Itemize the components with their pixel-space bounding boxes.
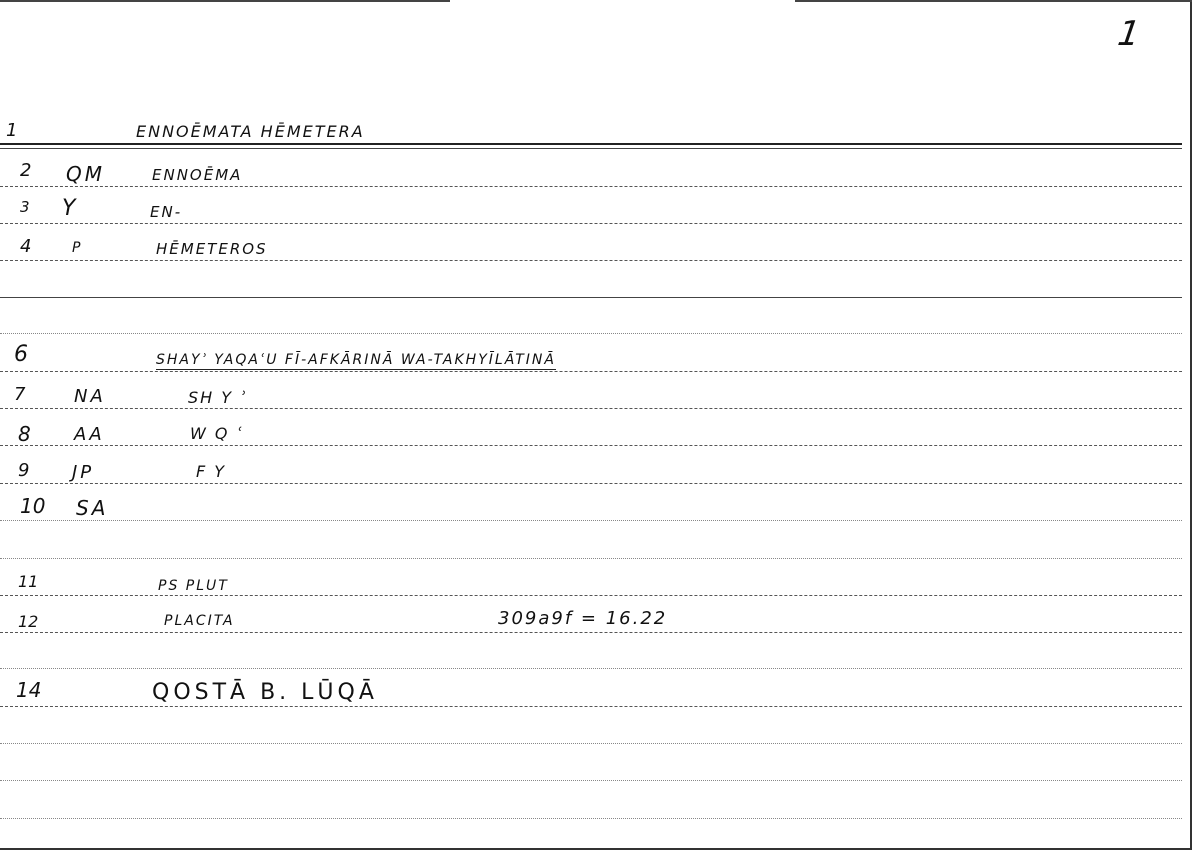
ruled-line [0, 706, 1182, 707]
entry-text: SHAYʾ YAQAʿU FĪ-AFKĀRINĀ WA-TAKHYĪLĀTINĀ [156, 352, 556, 370]
line-number: 1 [6, 120, 17, 141]
ruled-line [0, 371, 1182, 372]
ruled-line [0, 483, 1182, 484]
top-edge [795, 0, 1192, 2]
index-card: 1 1 ENNOĒMATA HĒMETERA 2 QM ENNOĒMA 3 Y … [0, 0, 1192, 850]
line-number: 9 [18, 460, 29, 481]
entry-typed-text: QOSTĀ B. LŪQĀ [152, 680, 378, 705]
entry-code: SA [76, 496, 108, 520]
line-number: 7 [14, 384, 25, 405]
ruled-line [0, 186, 1182, 187]
line-number: 4 [20, 236, 31, 257]
header-rule [0, 148, 1182, 149]
entry-code: P [72, 240, 83, 256]
top-edge [0, 0, 450, 2]
ruled-line [0, 297, 1182, 298]
ruled-line [0, 408, 1182, 409]
entry-text: EN- [150, 203, 182, 221]
line-number: 12 [18, 612, 38, 631]
entry-code: JP [72, 462, 94, 483]
line-number: 8 [18, 422, 31, 446]
line-number: 10 [20, 494, 45, 518]
entry-text: ENNOĒMA [152, 166, 242, 184]
line-number: 11 [18, 572, 38, 591]
ruled-line [0, 558, 1182, 559]
ruled-line [0, 632, 1182, 633]
entry-text: W Q ʿ [190, 424, 244, 443]
ruled-line [0, 595, 1182, 596]
line-number: 6 [14, 342, 28, 367]
page-number: 1 [1115, 14, 1142, 54]
ruled-line [0, 333, 1182, 334]
entry-code: QM [66, 162, 105, 186]
ruled-line [0, 445, 1182, 446]
entry-title: ENNOĒMATA HĒMETERA [136, 122, 365, 141]
line-number: 14 [16, 678, 41, 702]
entry-text: HĒMETEROS [156, 240, 268, 258]
ruled-line [0, 780, 1182, 781]
ruled-line [0, 520, 1182, 521]
entry-code: Y [62, 196, 78, 221]
entry-reference: 309a9f = 16.22 [498, 608, 667, 629]
line-number: 3 [20, 198, 30, 216]
entry-text: PLACITA [164, 613, 235, 629]
entry-code: NA [74, 386, 106, 407]
header-rule [0, 143, 1182, 145]
ruled-line [0, 818, 1182, 819]
entry-code: AA [74, 424, 105, 445]
ruled-line [0, 668, 1182, 669]
ruled-line [0, 223, 1182, 224]
line-number: 2 [20, 160, 31, 181]
entry-text: F Y [196, 462, 226, 481]
ruled-line [0, 743, 1182, 744]
ruled-line [0, 260, 1182, 261]
entry-text: SH Y ʾ [188, 388, 247, 407]
entry-text: PS PLUT [158, 578, 229, 594]
